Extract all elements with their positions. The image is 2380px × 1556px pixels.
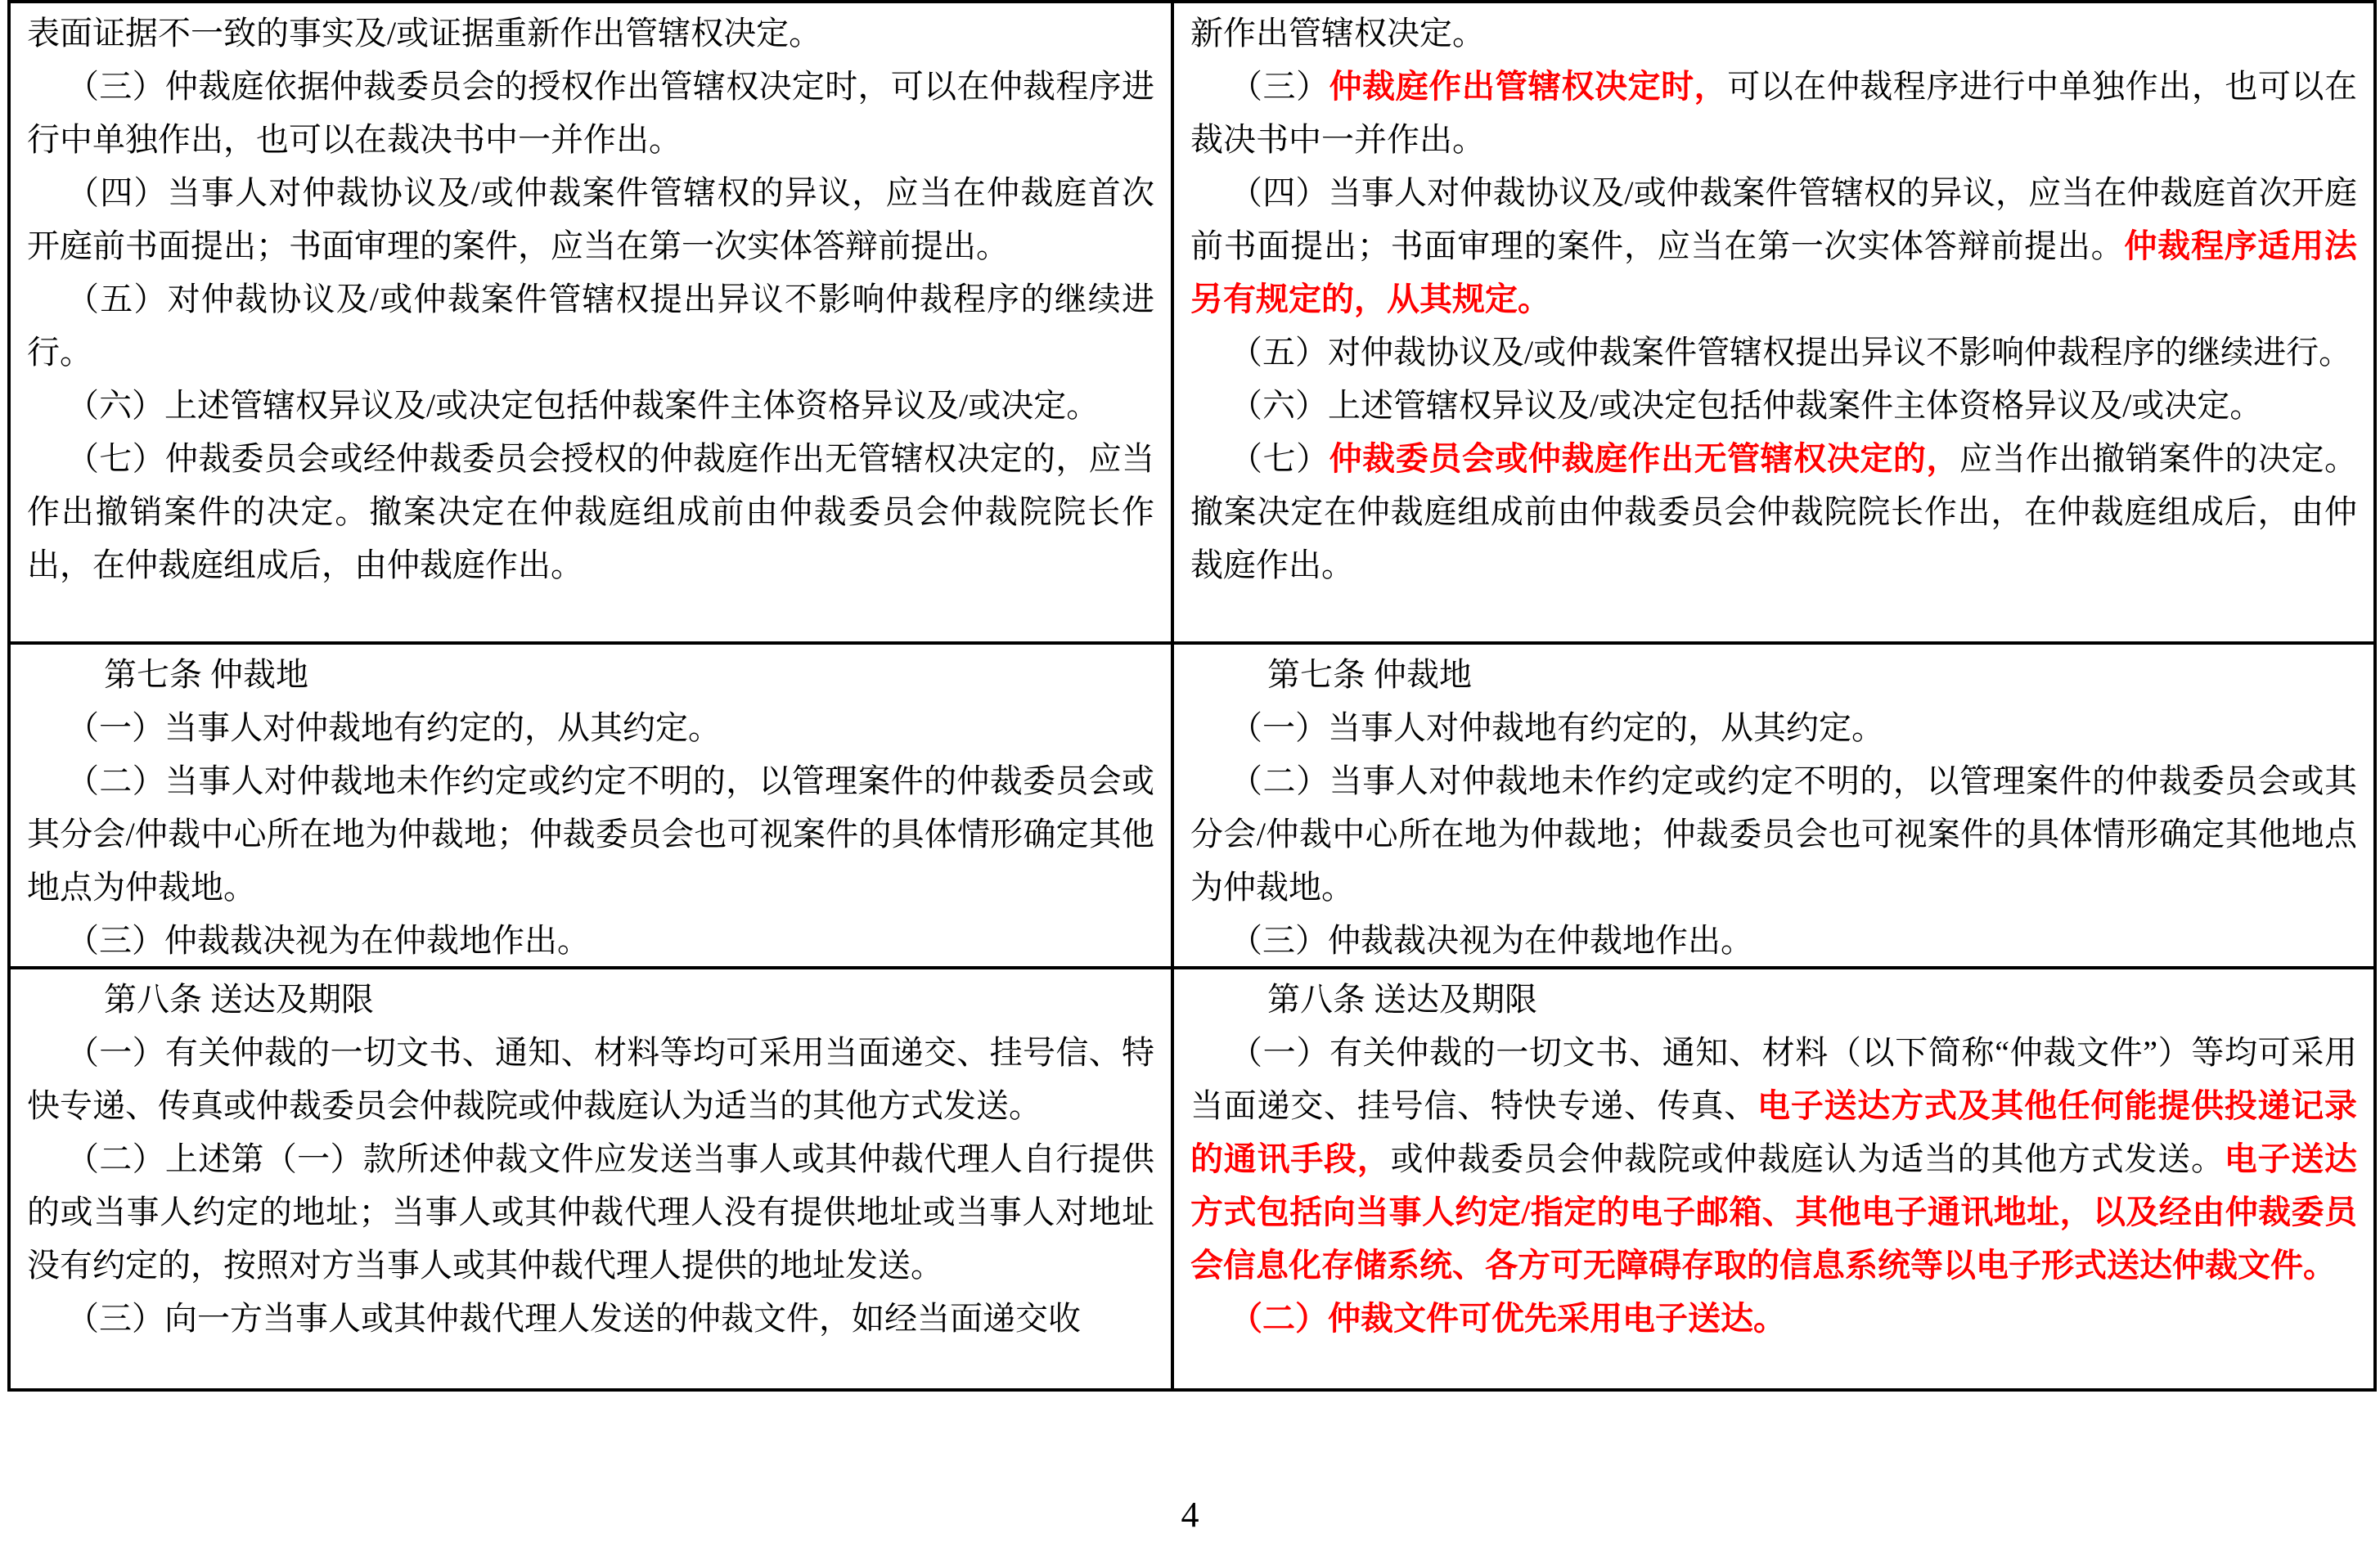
text-run: （三）仲裁裁决视为在仲裁地作出。 <box>1230 922 1753 959</box>
paragraph: （五）对仲裁协议及/或仲裁案件管辖权提出异议不影响仲裁程序的继续进行。 <box>27 272 1154 379</box>
text-run: 表面证据不一致的事实及/或证据重新作出管辖权决定。 <box>27 15 821 52</box>
paragraph: （六）上述管辖权异议及/或决定包括仲裁案件主体资格异议及/或决定。 <box>27 379 1154 432</box>
text-run: （七） <box>1230 440 1329 477</box>
text-run: （七）仲裁委员会或经仲裁委员会授权的仲裁庭作出无管辖权决定的，应当作出撤销案件的… <box>27 440 1154 583</box>
paragraph: （四）当事人对仲裁协议及/或仲裁案件管辖权的异议，应当在仲裁庭首次开庭前书面提出… <box>1190 166 2357 326</box>
paragraph: （三）仲裁庭依据仲裁委员会的授权作出管辖权决定时，可以在仲裁程序进行中单独作出，… <box>27 60 1154 166</box>
paragraph: （五）对仲裁协议及/或仲裁案件管辖权提出异议不影响仲裁程序的继续进行。 <box>1190 326 2357 379</box>
text-run: （三）仲裁庭依据仲裁委员会的授权作出管辖权决定时，可以在仲裁程序进行中单独作出，… <box>27 68 1154 158</box>
new-version-cell: 新作出管辖权决定。（三）仲裁庭作出管辖权决定时，可以在仲裁程序进行中单独作出，也… <box>1174 3 2373 641</box>
revised-text-run: （二）仲裁文件可优先采用电子送达。 <box>1230 1300 1786 1337</box>
text-run: （一）有关仲裁的一切文书、通知、材料等均可采用当面递交、挂号信、特快专递、传真或… <box>27 1034 1154 1124</box>
paragraph: 第七条 仲裁地 <box>27 648 1154 701</box>
text-run: （三） <box>1230 68 1329 105</box>
paragraph: （一）有关仲裁的一切文书、通知、材料等均可采用当面递交、挂号信、特快专递、传真或… <box>27 1026 1154 1132</box>
paragraph: （四）当事人对仲裁协议及/或仲裁案件管辖权的异议，应当在仲裁庭首次开庭前书面提出… <box>27 166 1154 272</box>
old-version-cell: 第八条 送达及期限（一）有关仲裁的一切文书、通知、材料等均可采用当面递交、挂号信… <box>11 969 1174 1388</box>
text-run: 新作出管辖权决定。 <box>1190 15 1485 52</box>
paragraph: （二）当事人对仲裁地未作约定或约定不明的，以管理案件的仲裁委员会或其分会/仲裁中… <box>1190 754 2357 914</box>
paragraph: 表面证据不一致的事实及/或证据重新作出管辖权决定。 <box>27 7 1154 60</box>
text-run: 第八条 送达及期限 <box>1267 981 1537 1018</box>
paragraph: （二）仲裁文件可优先采用电子送达。 <box>1190 1292 2357 1345</box>
page-number: 4 <box>0 1494 2380 1536</box>
text-run: （五）对仲裁协议及/或仲裁案件管辖权提出异议不影响仲裁程序的继续进行。 <box>1230 334 2351 371</box>
text-run: （四）当事人对仲裁协议及/或仲裁案件管辖权的异议，应当在仲裁庭首次开庭前书面提出… <box>27 174 1154 264</box>
text-run: （五）对仲裁协议及/或仲裁案件管辖权提出异议不影响仲裁程序的继续进行。 <box>27 281 1154 371</box>
table-row: 第七条 仲裁地（一）当事人对仲裁地有约定的，从其约定。（二）当事人对仲裁地未作约… <box>11 641 2373 966</box>
new-version-cell: 第七条 仲裁地（一）当事人对仲裁地有约定的，从其约定。（二）当事人对仲裁地未作约… <box>1174 645 2373 966</box>
paragraph: 第八条 送达及期限 <box>1190 973 2357 1026</box>
paragraph: （七）仲裁委员会或经仲裁委员会授权的仲裁庭作出无管辖权决定的，应当作出撤销案件的… <box>27 432 1154 591</box>
paragraph: （一）有关仲裁的一切文书、通知、材料（以下简称“仲裁文件”）等均可采用当面递交、… <box>1190 1026 2357 1292</box>
old-version-cell: 表面证据不一致的事实及/或证据重新作出管辖权决定。（三）仲裁庭依据仲裁委员会的授… <box>11 3 1174 641</box>
paragraph: （二）上述第（一）款所述仲裁文件应发送当事人或其仲裁代理人自行提供的或当事人约定… <box>27 1132 1154 1292</box>
paragraph: （三）向一方当事人或其仲裁代理人发送的仲裁文件，如经当面递交收 <box>27 1292 1154 1345</box>
paragraph: （三）仲裁庭作出管辖权决定时，可以在仲裁程序进行中单独作出，也可以在裁决书中一并… <box>1190 60 2357 166</box>
paragraph: （一）当事人对仲裁地有约定的，从其约定。 <box>1190 701 2357 754</box>
paragraph: （二）当事人对仲裁地未作约定或约定不明的，以管理案件的仲裁委员会或其分会/仲裁中… <box>27 754 1154 914</box>
revised-text-run: 仲裁委员会或仲裁庭作出无管辖权决定的， <box>1329 440 1959 477</box>
paragraph: （三）仲裁裁决视为在仲裁地作出。 <box>27 914 1154 966</box>
paragraph: 第七条 仲裁地 <box>1190 648 2357 701</box>
new-version-cell: 第八条 送达及期限（一）有关仲裁的一切文书、通知、材料（以下简称“仲裁文件”）等… <box>1174 969 2373 1388</box>
paragraph: 第八条 送达及期限 <box>27 973 1154 1026</box>
document-page: 表面证据不一致的事实及/或证据重新作出管辖权决定。（三）仲裁庭依据仲裁委员会的授… <box>0 0 2380 1556</box>
table-row: 表面证据不一致的事实及/或证据重新作出管辖权决定。（三）仲裁庭依据仲裁委员会的授… <box>11 3 2373 641</box>
text-run: （三）向一方当事人或其仲裁代理人发送的仲裁文件，如经当面递交收 <box>66 1300 1081 1337</box>
text-run: （一）当事人对仲裁地有约定的，从其约定。 <box>66 709 721 746</box>
rules-comparison-table: 表面证据不一致的事实及/或证据重新作出管辖权决定。（三）仲裁庭依据仲裁委员会的授… <box>7 0 2377 1392</box>
text-run: （一）当事人对仲裁地有约定的，从其约定。 <box>1230 709 1884 746</box>
text-run: （二）当事人对仲裁地未作约定或约定不明的，以管理案件的仲裁委员会或其分会/仲裁中… <box>1190 762 2357 906</box>
text-run: （六）上述管辖权异议及/或决定包括仲裁案件主体资格异议及/或决定。 <box>1230 387 2262 424</box>
text-run: 第八条 送达及期限 <box>104 981 374 1018</box>
paragraph: （七）仲裁委员会或仲裁庭作出无管辖权决定的，应当作出撤销案件的决定。撤案决定在仲… <box>1190 432 2357 591</box>
text-run: （二）上述第（一）款所述仲裁文件应发送当事人或其仲裁代理人自行提供的或当事人约定… <box>27 1140 1154 1284</box>
paragraph: 新作出管辖权决定。 <box>1190 7 2357 60</box>
text-run: 第七条 仲裁地 <box>1267 656 1472 693</box>
old-version-cell: 第七条 仲裁地（一）当事人对仲裁地有约定的，从其约定。（二）当事人对仲裁地未作约… <box>11 645 1174 966</box>
paragraph: （三）仲裁裁决视为在仲裁地作出。 <box>1190 914 2357 966</box>
paragraph: （一）当事人对仲裁地有约定的，从其约定。 <box>27 701 1154 754</box>
paragraph: （六）上述管辖权异议及/或决定包括仲裁案件主体资格异议及/或决定。 <box>1190 379 2357 432</box>
table-row: 第八条 送达及期限（一）有关仲裁的一切文书、通知、材料等均可采用当面递交、挂号信… <box>11 966 2373 1388</box>
revised-text-run: 仲裁庭作出管辖权决定时， <box>1329 68 1728 105</box>
text-run: （三）仲裁裁决视为在仲裁地作出。 <box>66 922 590 959</box>
text-run: 第七条 仲裁地 <box>104 656 308 693</box>
text-run: 或仲裁委员会仲裁院或仲裁庭认为适当的其他方式发送。 <box>1391 1140 2225 1177</box>
text-run: （二）当事人对仲裁地未作约定或约定不明的，以管理案件的仲裁委员会或其分会/仲裁中… <box>27 762 1154 906</box>
text-run: （六）上述管辖权异议及/或决定包括仲裁案件主体资格异议及/或决定。 <box>66 387 1099 424</box>
